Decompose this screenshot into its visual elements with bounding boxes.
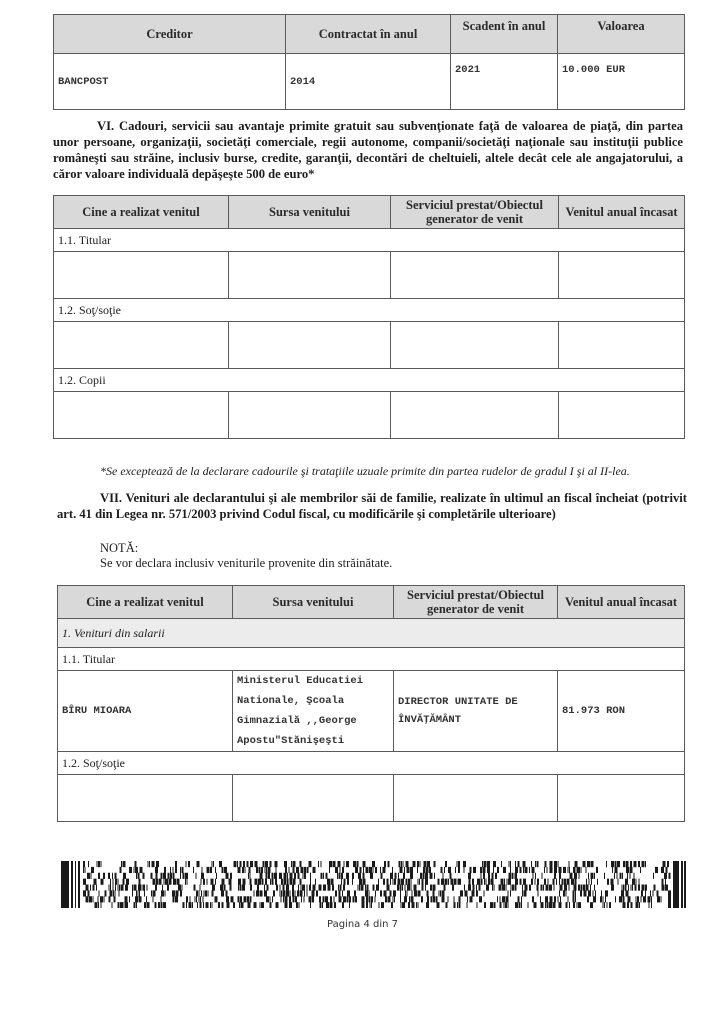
header-service: Serviciul prestat/Obiectul generator de … (391, 196, 559, 229)
income-table-header: Cine a realizat venitul Sursa venitului … (58, 586, 685, 619)
income-amount-cell: 81.973 RON (558, 671, 685, 752)
header-annual-income: Venitul anual încasat (558, 586, 685, 619)
table-row (54, 252, 685, 299)
table-row: BANCPOST 2014 2021 10.000 EUR (54, 54, 685, 110)
page-number: Pagina 4 din 7 (0, 919, 725, 930)
empty-cell (391, 322, 559, 369)
empty-cell (559, 392, 685, 439)
header-creditor: Creditor (54, 15, 286, 54)
table-row (58, 775, 685, 822)
group-label-spouse: 1.2. Soţ/soţie (54, 299, 685, 322)
empty-cell (54, 252, 229, 299)
loans-table-header: Creditor Contractat în anul Scadent în a… (54, 15, 685, 54)
gifts-table: Cine a realizat venitul Sursa venitului … (53, 195, 685, 439)
income-source-cell: Ministerul Educatiei Nationale, Şcoala G… (233, 671, 394, 752)
empty-cell (54, 392, 229, 439)
due-year-cell: 2021 (451, 54, 558, 110)
group-label-titular: 1.1. Titular (54, 229, 685, 252)
group-label-spouse: 1.2. Soţ/soţie (58, 752, 685, 775)
group-label-titular: 1.1. Titular (58, 648, 685, 671)
table-row (54, 322, 685, 369)
table-row (54, 392, 685, 439)
empty-cell (391, 392, 559, 439)
header-due-year: Scadent în anul (451, 15, 558, 54)
note-label: NOTĂ: (100, 540, 138, 556)
header-who: Cine a realizat venitul (54, 196, 229, 229)
empty-cell (229, 252, 391, 299)
section-vii-title: VII. Venituri ale declarantului şi ale m… (57, 490, 687, 522)
note-text: Se vor declara inclusiv veniturile prove… (100, 555, 392, 571)
empty-cell (559, 322, 685, 369)
empty-cell (233, 775, 394, 822)
section-vi-footnote: *Se exceptează de la declarare cadourile… (100, 463, 690, 479)
empty-cell (58, 775, 233, 822)
income-table: Cine a realizat venitul Sursa venitului … (57, 585, 685, 822)
header-annual-income: Venitul anual încasat (559, 196, 685, 229)
header-source: Sursa venitului (229, 196, 391, 229)
value-cell: 10.000 EUR (558, 54, 685, 110)
header-service: Serviciul prestat/Obiectul generator de … (394, 586, 558, 619)
empty-cell (391, 252, 559, 299)
section-vi-title: VI. Cadouri, servicii sau avantaje primi… (53, 118, 683, 182)
loans-table: Creditor Contractat în anul Scadent în a… (53, 14, 685, 110)
income-service-cell: DIRECTOR UNITATE DE ÎNVĂŢĂMÂNT (394, 671, 558, 752)
header-value: Valoarea (558, 15, 685, 54)
empty-cell (559, 252, 685, 299)
empty-cell (229, 322, 391, 369)
empty-cell (394, 775, 558, 822)
header-contracted-year: Contractat în anul (286, 15, 451, 54)
gifts-table-header: Cine a realizat venitul Sursa venitului … (54, 196, 685, 229)
table-row: BÎRU MIOARA Ministerul Educatiei Nationa… (58, 671, 685, 752)
header-who: Cine a realizat venitul (58, 586, 233, 619)
group-label-children: 1.2. Copii (54, 369, 685, 392)
income-earner-cell: BÎRU MIOARA (58, 671, 233, 752)
header-source: Sursa venitului (233, 586, 394, 619)
creditor-cell: BANCPOST (54, 54, 286, 110)
category-salary-income: 1. Venituri din salarii (58, 619, 685, 648)
barcode-icon (61, 861, 686, 908)
empty-cell (229, 392, 391, 439)
contracted-year-cell: 2014 (286, 54, 451, 110)
empty-cell (54, 322, 229, 369)
empty-cell (558, 775, 685, 822)
